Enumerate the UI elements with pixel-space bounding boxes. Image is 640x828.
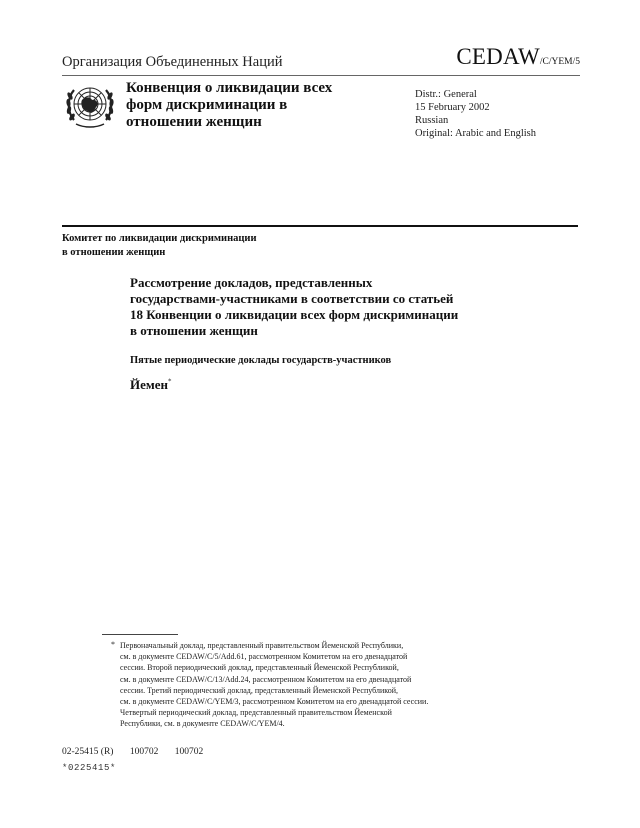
footnote-line: Первоначальный доклад, представленный пр… [120, 640, 520, 651]
convention-title-line: Конвенция о ликвидации всех [126, 80, 386, 97]
main-title-line: Рассмотрение докладов, представленных [130, 275, 530, 291]
distribution-info: Distr.: General 15 February 2002 Russian… [415, 88, 536, 140]
convention-title: Конвенция о ликвидации всех форм дискрим… [126, 80, 386, 131]
document-symbol: CEDAW/C/YEM/5 [456, 44, 580, 70]
footnote-line: сессии. Второй периодический доклад, пре… [120, 662, 520, 673]
main-title: Рассмотрение докладов, представленных го… [130, 275, 530, 339]
footnote-line: см. в документе CEDAW/C/13/Add.24, рассм… [120, 674, 520, 685]
committee-line: Комитет по ликвидации дискриминации [62, 232, 362, 246]
footnote-line: Четвертый периодический доклад, представ… [120, 707, 520, 718]
header-rule [62, 75, 580, 76]
distribution-type: Distr.: General [415, 88, 536, 101]
committee-name: Комитет по ликвидации дискриминации в от… [62, 232, 362, 260]
main-title-line: государствами-участниками в соответствии… [130, 291, 530, 307]
footnote-line: сессии. Третий периодический доклад, пре… [120, 685, 520, 696]
committee-line: в отношении женщин [62, 246, 362, 260]
job-info: 02-25415 (R) 100702 100702 [62, 747, 217, 757]
job-date-1: 100702 [130, 747, 159, 757]
footnote: * Первоначальный доклад, представленный … [120, 640, 520, 730]
main-title-line: 18 Конвенции о ликвидации всех форм диск… [130, 307, 530, 323]
un-emblem-icon [64, 80, 116, 132]
footnote-line: Республики, см. в документе CEDAW/C/YEM/… [120, 718, 520, 729]
footnote-line: см. в документе CEDAW/C/YEM/3, рассмотре… [120, 696, 520, 707]
original-language: Original: Arabic and English [415, 127, 536, 140]
report-subtitle: Пятые периодические доклады государств-у… [130, 355, 391, 366]
document-language: Russian [415, 114, 536, 127]
barcode-text: *0225415* [62, 763, 116, 773]
symbol-main: CEDAW [456, 44, 539, 69]
footnote-mark: * [111, 639, 115, 650]
footnote-separator [102, 634, 178, 635]
footnote-line: см. в документе CEDAW/C/5/Add.61, рассмо… [120, 651, 520, 662]
symbol-sub: /C/YEM/5 [540, 57, 580, 67]
organization-name: Организация Объединенных Наций [62, 54, 283, 71]
job-date-2: 100702 [175, 747, 204, 757]
convention-title-line: форм дискриминации в [126, 97, 386, 114]
document-date: 15 February 2002 [415, 101, 536, 114]
section-rule [62, 225, 578, 227]
country-name: Йемен [130, 377, 168, 392]
job-number: 02-25415 (R) [62, 747, 113, 757]
footnote-reference[interactable]: * [168, 378, 172, 386]
country-heading: Йемен* [130, 377, 172, 393]
main-title-line: в отношении женщин [130, 323, 530, 339]
convention-title-line: отношении женщин [126, 114, 386, 131]
